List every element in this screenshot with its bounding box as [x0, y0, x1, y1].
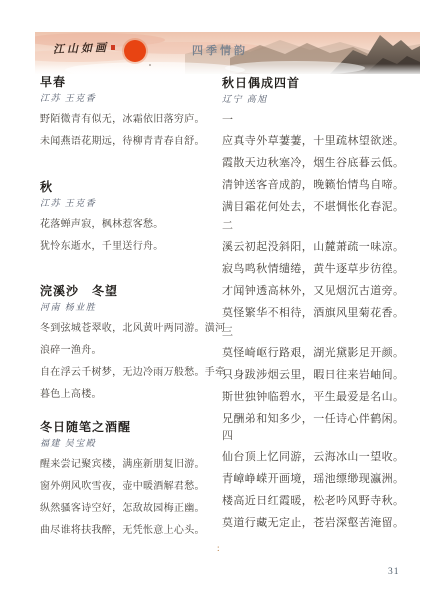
poem-author: 福建 吴宝殿	[40, 438, 205, 449]
poem-line: 溪云初起没斜阳，山麓萧疏一味凉。	[222, 236, 404, 258]
poem-author: 辽宁 高旭	[222, 94, 300, 105]
poem-title: 浣溪沙 冬望	[40, 284, 225, 299]
poem-title: 秋日偶成四首	[222, 76, 300, 91]
red-sun-glow	[122, 38, 148, 64]
magazine-page: 江山如画 四季情韵 早春 江苏 王克香 野陌微青有似无，冰霜依旧落穷庐。 未闻燕…	[0, 0, 428, 600]
poem-block: 冬日随笔之酒醒 福建 吴宝殿 醒来尝记聚宾楼，满座新朋复旧游。 窗外朔风吹雪夜，…	[40, 420, 205, 542]
poem-line: 寂鸟鸣秋情缱绻，黄牛逐草步彷徨。	[222, 258, 404, 280]
poem-title: 秋	[40, 180, 164, 195]
poem-author: 江苏 王克香	[40, 93, 205, 104]
poem-section: 一 应真寺外草萋萋，十里疏林望欲迷。 霞散天边秋塞冷，烟生谷底暮云低。 清钟送客…	[222, 110, 404, 218]
section-number: 三	[222, 322, 404, 342]
poem-line: 醒来尝记聚宾楼，满座新朋复旧游。	[40, 454, 205, 476]
poem-line: 青嶂峥嵘开画境，瑶池缥缈现瀛洲。	[222, 468, 404, 490]
poem-title: 早春	[40, 75, 205, 90]
poem-line: 窗外朔风吹雪夜，壶中暖酒解君愁。	[40, 476, 205, 498]
red-seal	[111, 45, 115, 50]
poem-line: 清钟送客音成韵，晚籁怡情鸟自啼。	[222, 174, 404, 196]
poem-line: 楼高近日红霞暖，松老吟风野寺秋。	[222, 490, 404, 512]
poem-line: 莫怪崎岖行路艰，湖光黛影足开颜。	[222, 342, 404, 364]
poem-line: 纵然骚客诗空好，怎敌故园梅正幽。	[40, 498, 205, 520]
page-number: 31	[388, 567, 400, 577]
poem-line: 霞散天边秋塞冷，烟生谷底暮云低。	[222, 152, 404, 174]
poem-line: 仙台顶上忆同游，云海冰山一望收。	[222, 446, 404, 468]
poem-section: 四 仙台顶上忆同游，云海冰山一望收。 青嶂峥嵘开画境，瑶池缥缈现瀛洲。 楼高近日…	[222, 426, 404, 534]
poem-line: 应真寺外草萋萋，十里疏林望欲迷。	[222, 130, 404, 152]
poem-line: 莫道行藏无定止，苍岩深壑苦淹留。	[222, 512, 404, 534]
poem-block: 早春 江苏 王克香 野陌微青有似无，冰霜依旧落穷庐。 未闻燕语花期远，待柳青青春…	[40, 75, 205, 153]
section-number: 四	[222, 426, 404, 446]
poem-title: 冬日随笔之酒醒	[40, 420, 205, 435]
poem-line: 莫怪繁华不相待，酒旗风里菊花香。	[222, 302, 404, 324]
poem-section: 三 莫怪崎岖行路艰，湖光黛影足开颜。 只身跋涉烟云里，暇日往来岩岫间。 斯世独钟…	[222, 322, 404, 430]
poem-line: 未闻燕语花期远，待柳青青春自舒。	[40, 131, 205, 153]
poem-line: 浪碎一渔舟。	[40, 340, 225, 362]
section-number: 二	[222, 216, 404, 236]
banner-fade	[35, 64, 420, 74]
header-banner: 江山如画 四季情韵	[35, 32, 420, 74]
poem-section: 二 溪云初起没斜阳，山麓萧疏一味凉。 寂鸟鸣秋情缱绻，黄牛逐草步彷徨。 才闻钟透…	[222, 216, 404, 324]
poem-author: 江苏 王克香	[40, 198, 164, 209]
section-number: 一	[222, 110, 404, 130]
poem-line: 花落蝉声寂，枫林惹客愁。	[40, 214, 164, 236]
poem-line: 冬到弦城苍翠收，北风黄叶两同游。潢河	[40, 318, 225, 340]
poem-line: 斯世独钟临碧水，平生最爱是名山。	[222, 386, 404, 408]
footer-mark: :	[217, 543, 220, 553]
poem-block: 浣溪沙 冬望 河南 杨业胜 冬到弦城苍翠收，北风黄叶两同游。潢河 浪碎一渔舟。 …	[40, 284, 225, 406]
poem-line: 野陌微青有似无，冰霜依旧落穷庐。	[40, 109, 205, 131]
poem-block: 秋日偶成四首 辽宁 高旭	[222, 76, 300, 110]
banner-section-title: 四季情韵	[192, 42, 248, 58]
banner-calligraphy: 江山如画	[53, 39, 110, 57]
poem-block: 秋 江苏 王克香 花落蝉声寂，枫林惹客愁。 犹怜东逝水，千里送行舟。	[40, 180, 164, 258]
poem-line: 犹怜东逝水，千里送行舟。	[40, 236, 164, 258]
poem-line: 曲尽谁将扶我醉，无凭怅意上心头。	[40, 520, 205, 542]
poem-line: 暮色上高楼。	[40, 384, 225, 406]
poem-line: 才闻钟透高林外，又见烟沉古道旁。	[222, 280, 404, 302]
poem-line: 只身跋涉烟云里，暇日往来岩岫间。	[222, 364, 404, 386]
poem-line: 满目霜花何处去，不堪惆怅化春泥。	[222, 196, 404, 218]
poem-author: 河南 杨业胜	[40, 302, 225, 313]
poem-line: 自在浮云千树梦，无边冷雨万般愁。手牵	[40, 362, 225, 384]
